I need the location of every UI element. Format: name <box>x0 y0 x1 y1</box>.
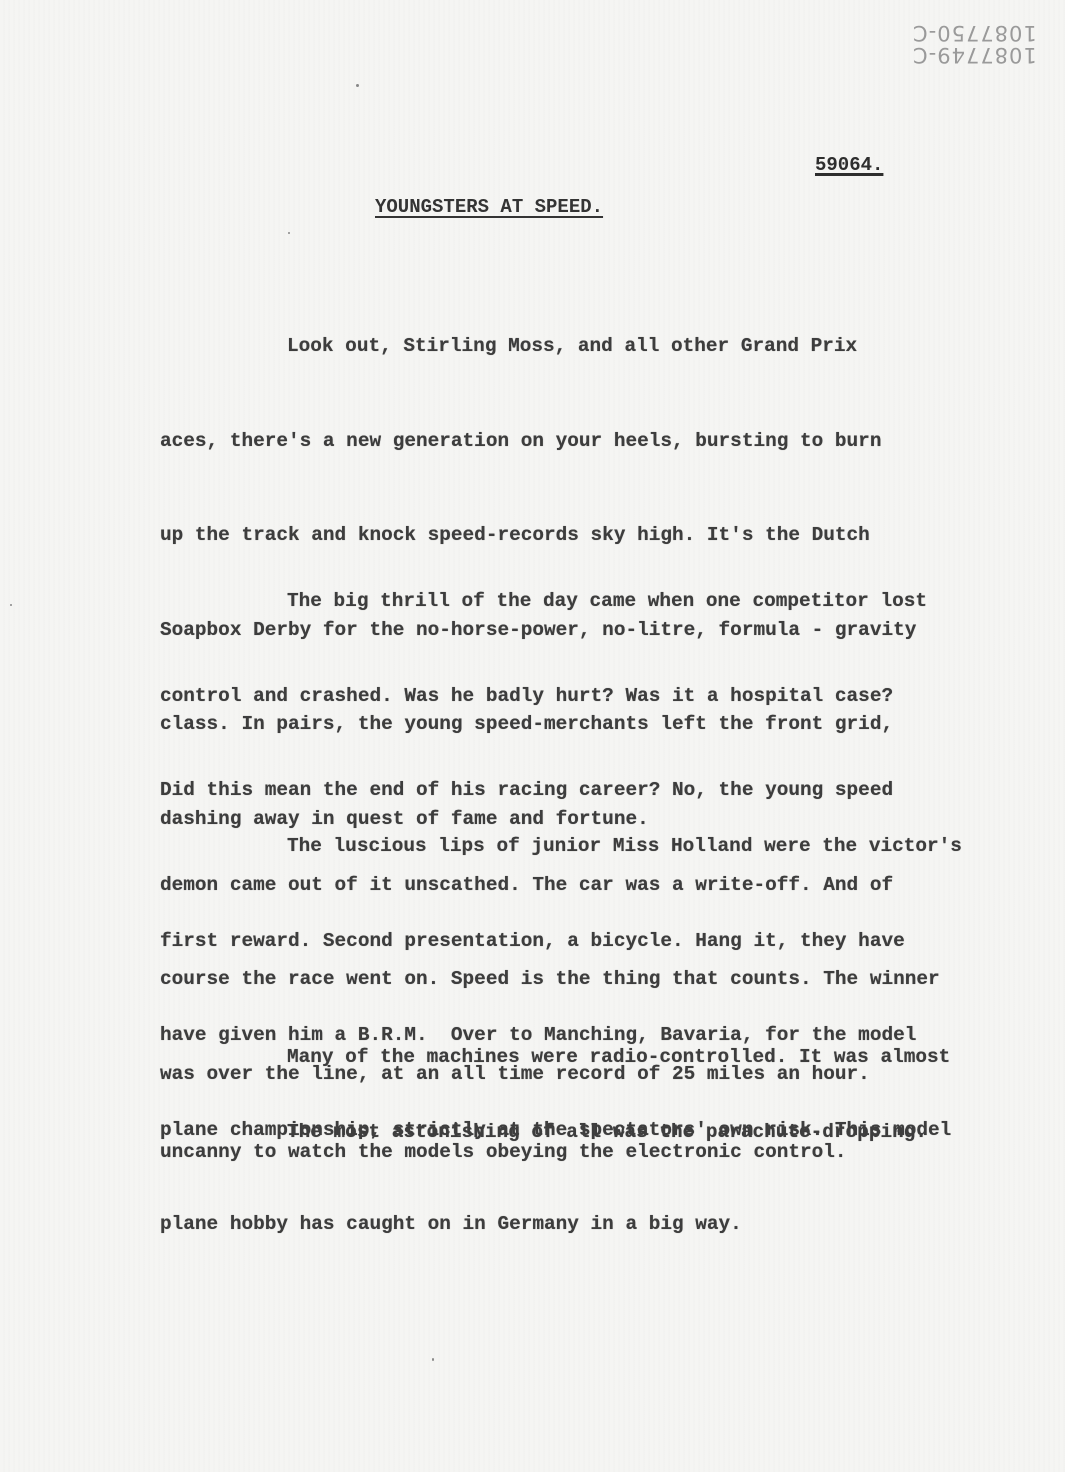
text-line: aces, there's a new generation on your h… <box>160 426 1020 458</box>
handwritten-annotation: 1087749-C 1087750-C <box>912 22 1037 66</box>
annotation-line-2: 1087750-C <box>912 22 1037 44</box>
scan-speck <box>356 84 359 87</box>
text-line: control and crashed. Was he badly hurt? … <box>160 681 1020 713</box>
text-line: Look out, Stirling Moss, and all other G… <box>160 331 1020 363</box>
document-title: YOUNGSTERS AT SPEED. <box>375 196 603 218</box>
scan-speck <box>10 604 12 606</box>
scan-speck <box>288 232 290 234</box>
paragraph-5: The most astonishing of all was the para… <box>160 1054 1020 1212</box>
text-line: The most astonishing of all was the para… <box>160 1117 1020 1149</box>
document-page: 1087749-C 1087750-C 59064. YOUNGSTERS AT… <box>0 0 1065 1472</box>
scan-speck <box>896 1130 898 1132</box>
scan-speck <box>432 1358 434 1361</box>
reference-number: 59064. <box>815 154 883 176</box>
text-line: The luscious lips of junior Miss Holland… <box>160 831 1020 863</box>
text-line: first reward. Second presentation, a bic… <box>160 926 1020 958</box>
annotation-line-1: 1087749-C <box>912 44 1037 66</box>
text-line: The big thrill of the day came when one … <box>160 586 1020 618</box>
